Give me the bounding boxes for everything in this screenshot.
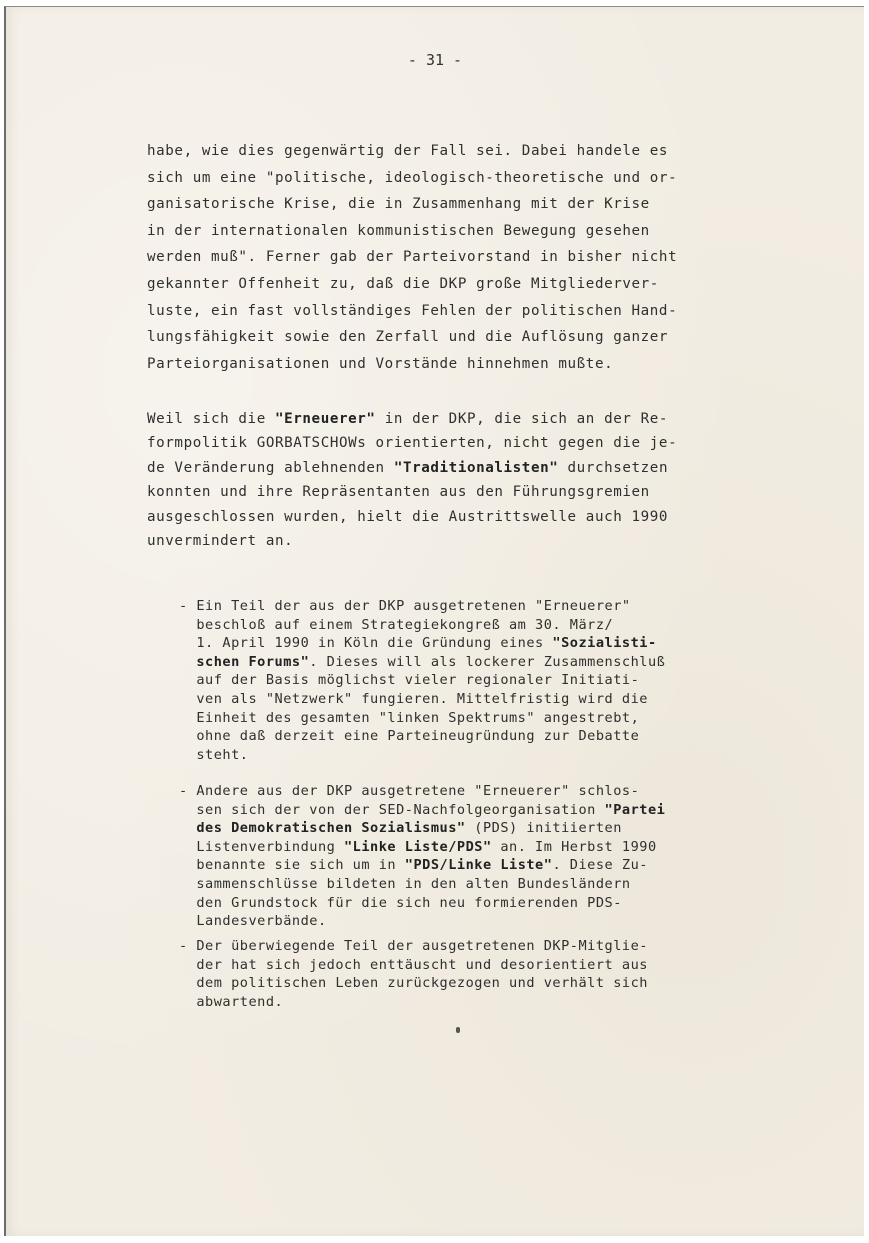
text-line: lungsfähigkeit sowie den Zerfall und die… <box>147 324 677 351</box>
text-line: konnten und ihre Repräsentanten aus den … <box>147 480 677 504</box>
text-line: ganisatorische Krise, die in Zusammenhan… <box>147 191 677 218</box>
bullet-item-sozialistisches-forum: - Ein Teil der aus der DKP ausgetretenen… <box>179 597 665 764</box>
text-line: - Der überwiegende Teil der ausgetretene… <box>179 937 648 956</box>
text-line: steht. <box>179 746 665 765</box>
text-line: Weil sich die "Erneuerer" in der DKP, di… <box>147 407 677 431</box>
text-line: dem politischen Leben zurückgezogen und … <box>179 974 648 993</box>
text-line: Einheit des gesamten "linken Spektrums" … <box>179 709 665 728</box>
text-line: gekannter Offenheit zu, daß die DKP groß… <box>147 271 677 298</box>
text-line: ausgeschlossen wurden, hielt die Austrit… <box>147 505 677 529</box>
text-line: sammenschlüsse bildeten in den alten Bun… <box>179 875 665 894</box>
emphasized-term: des Demokratischen Sozialismus" <box>196 820 465 836</box>
text-line: den Grundstock für die sich neu formiere… <box>179 894 665 913</box>
paragraph-2: Weil sich die "Erneuerer" in der DKP, di… <box>147 407 677 553</box>
text-line: benannte sie sich um in "PDS/Linke Liste… <box>179 856 665 875</box>
text-line: unvermindert an. <box>147 529 677 553</box>
scan-artifact-speck <box>456 1027 460 1033</box>
bullet-item-pds-linke-liste: - Andere aus der DKP ausgetretene "Erneu… <box>179 782 665 931</box>
text-line: luste, ein fast vollständiges Fehlen der… <box>147 298 677 325</box>
text-line: sen sich der von der SED-Nachfolgeorgani… <box>179 801 665 820</box>
text-line: auf der Basis möglichst vieler regionale… <box>179 671 665 690</box>
text-line: sich um eine "politische, ideologisch-th… <box>147 165 677 192</box>
text-line: werden muß". Ferner gab der Parteivorsta… <box>147 244 677 271</box>
bullet-item-withdrawn-members: - Der überwiegende Teil der ausgetretene… <box>179 937 648 1011</box>
text-line: formpolitik GORBATSCHOWs orientierten, n… <box>147 431 677 455</box>
emphasized-term: "Traditionalisten" <box>394 460 559 476</box>
text-line: - Ein Teil der aus der DKP ausgetretenen… <box>179 597 665 616</box>
text-line: Landesverbände. <box>179 912 665 931</box>
emphasized-term: "Erneuerer" <box>275 411 376 427</box>
text-line: abwartend. <box>179 993 648 1012</box>
text-line: Listenverbindung "Linke Liste/PDS" an. I… <box>179 838 665 857</box>
emphasized-term: "Partei <box>605 802 666 818</box>
text-line: habe, wie dies gegenwärtig der Fall sei.… <box>147 138 677 165</box>
emphasized-term: "PDS/Linke Liste" <box>405 857 553 873</box>
emphasized-term: "Linke Liste/PDS" <box>344 839 492 855</box>
text-line: - Andere aus der DKP ausgetretene "Erneu… <box>179 782 665 801</box>
text-line: der hat sich jedoch enttäuscht und desor… <box>179 956 648 975</box>
emphasized-term: "Sozialisti- <box>552 635 656 651</box>
text-line: beschloß auf einem Strategiekongreß am 3… <box>179 616 665 635</box>
text-line: in der internationalen kommunistischen B… <box>147 218 677 245</box>
emphasized-term: schen Forums" <box>196 654 309 670</box>
text-line: schen Forums". Dieses will als lockerer … <box>179 653 665 672</box>
text-line: de Veränderung ablehnenden "Traditionali… <box>147 456 677 480</box>
paragraph-1: habe, wie dies gegenwärtig der Fall sei.… <box>147 138 677 377</box>
text-line: des Demokratischen Sozialismus" (PDS) in… <box>179 819 665 838</box>
page-number: - 31 - <box>6 51 864 69</box>
text-line: Parteiorganisationen und Vorstände hinne… <box>147 351 677 378</box>
document-page: - 31 - habe, wie dies gegenwärtig der Fa… <box>4 6 864 1236</box>
text-line: 1. April 1990 in Köln die Gründung eines… <box>179 634 665 653</box>
text-line: ohne daß derzeit eine Parteineugründung … <box>179 727 665 746</box>
text-line: ven als "Netzwerk" fungieren. Mittelfris… <box>179 690 665 709</box>
